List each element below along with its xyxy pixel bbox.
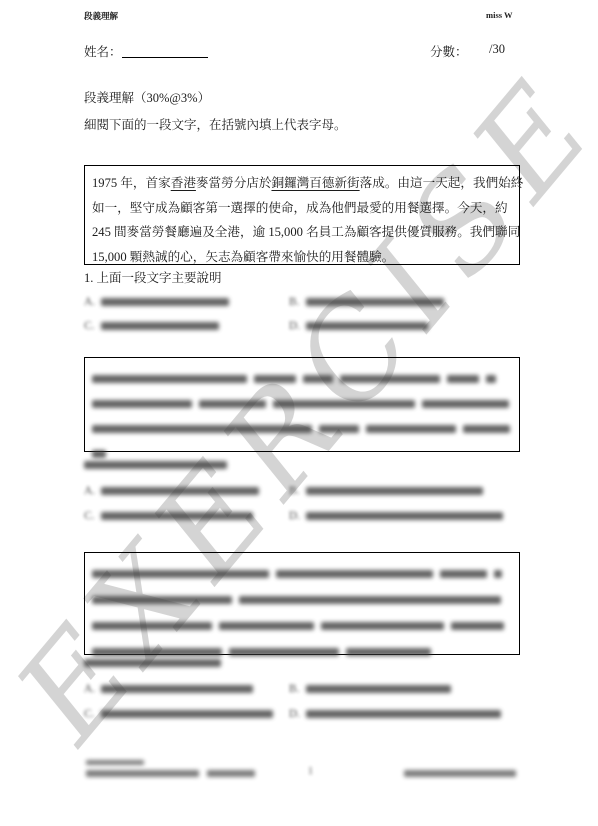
option-b-letter: B. — [289, 296, 306, 308]
option-row: A. B. — [84, 676, 520, 701]
question-3-options: A. B. C. D. — [84, 676, 520, 726]
footer-right-code-blurred — [404, 770, 516, 777]
passage1-underlined-place: 香港 — [171, 176, 196, 190]
option-row: C. D. — [84, 701, 520, 726]
option-row: A. B. — [84, 290, 520, 314]
passage1-line3: 245 間麥當勞餐廳遍及全港，逾 15,000 名員工為顧客提供優質服務。我們聯… — [92, 220, 512, 245]
score-label: 分數： — [430, 42, 468, 60]
passage1-seg: 1975 年，首家 — [92, 176, 171, 190]
option-c: C. — [84, 320, 289, 332]
passage1-line2: 如一，堅守成為顧客第一選擇的使命，成為他們最愛的用餐選擇。今天，約 — [92, 196, 512, 221]
option-b: B. — [289, 683, 520, 695]
passage1-line1: 1975 年，首家香港麥當勞分店於銅鑼灣百德新街落成。由這一天起，我們始終 — [92, 171, 512, 196]
passage1-line4: 15,000 顆熱誠的心，矢志為顧客帶來愉快的用餐體驗。 — [92, 245, 512, 270]
option-c: C. — [84, 510, 289, 522]
option-d-letter: D. — [289, 320, 306, 332]
question-3-blurred — [84, 659, 221, 667]
footer-page-number: 1 — [308, 766, 313, 777]
option-c-blurred-text — [101, 710, 273, 718]
option-c-letter: C. — [84, 320, 101, 332]
question-1: 1. 上面一段文字主要說明 — [84, 268, 222, 286]
option-c-letter: C. — [84, 708, 101, 720]
option-c-blurred-text — [101, 512, 253, 520]
blurred-line — [92, 613, 512, 639]
passage1-seg: 麥當勞分店於 — [196, 176, 272, 190]
question-1-options: A. B. C. D. — [84, 290, 520, 338]
worksheet-page: EXERCISE 段義理解 miss W 姓名： 分數： /30 段義理解（30… — [0, 0, 598, 826]
blurred-line — [92, 366, 512, 391]
option-a: A. — [84, 296, 289, 308]
option-d-blurred-text — [306, 322, 428, 330]
option-d-letter: D. — [289, 510, 306, 522]
question-2-blurred — [84, 461, 227, 469]
option-a-blurred-text — [101, 685, 253, 693]
option-b-letter: B. — [289, 485, 306, 497]
blurred-line — [92, 391, 512, 416]
blurred-line — [92, 561, 512, 587]
option-c-letter: C. — [84, 510, 101, 522]
footer-left-small-blurred — [86, 760, 144, 765]
question-2-options: A. B. C. D. — [84, 478, 520, 528]
name-label: 姓名： — [84, 45, 122, 59]
option-d: D. — [289, 510, 520, 522]
instruction-text: 細閱下面的一段文字，在括號內填上代表字母。 — [84, 115, 347, 133]
option-row: C. D. — [84, 503, 520, 528]
option-b: B. — [289, 485, 520, 497]
blurred-line — [92, 587, 512, 613]
blurred-line — [92, 416, 512, 441]
option-c: C. — [84, 708, 289, 720]
footer-left-line-blurred — [86, 770, 255, 777]
option-a: A. — [84, 485, 289, 497]
option-b: B. — [289, 296, 520, 308]
running-header-title: 段義理解 — [84, 10, 118, 22]
question-1-number: 1. — [84, 271, 93, 285]
option-d: D. — [289, 708, 520, 720]
option-c-blurred-text — [101, 322, 219, 330]
option-d: D. — [289, 320, 520, 332]
option-a-letter: A. — [84, 485, 101, 497]
option-a: A. — [84, 683, 289, 695]
passage1-underlined-street: 銅鑼灣百德新街 — [271, 176, 359, 190]
section-title: 段義理解（30%@3%） — [84, 88, 210, 106]
passage1-seg: 落成。由這一天起，我們始終 — [360, 176, 524, 190]
option-row: C. D. — [84, 314, 520, 338]
option-a-letter: A. — [84, 296, 101, 308]
passage-box-1: 1975 年，首家香港麥當勞分店於銅鑼灣百德新街落成。由這一天起，我們始終 如一… — [84, 165, 520, 265]
passage-box-3-blurred — [84, 552, 520, 655]
name-blank-line — [122, 44, 208, 58]
passage-box-2-blurred — [84, 357, 520, 452]
name-row: 姓名： — [84, 42, 208, 60]
question-1-text: 上面一段文字主要說明 — [97, 271, 222, 285]
score-value: /30 — [489, 42, 505, 57]
option-b-blurred-text — [306, 685, 451, 693]
option-row: A. B. — [84, 478, 520, 503]
option-d-letter: D. — [289, 708, 306, 720]
option-a-blurred-text — [101, 487, 259, 495]
option-b-blurred-text — [306, 298, 444, 306]
option-b-blurred-text — [306, 487, 483, 495]
option-a-letter: A. — [84, 683, 101, 695]
option-a-blurred-text — [101, 298, 229, 306]
option-b-letter: B. — [289, 683, 306, 695]
option-d-blurred-text — [306, 710, 501, 718]
running-header-author: miss W — [486, 10, 513, 20]
option-d-blurred-text — [306, 512, 503, 520]
